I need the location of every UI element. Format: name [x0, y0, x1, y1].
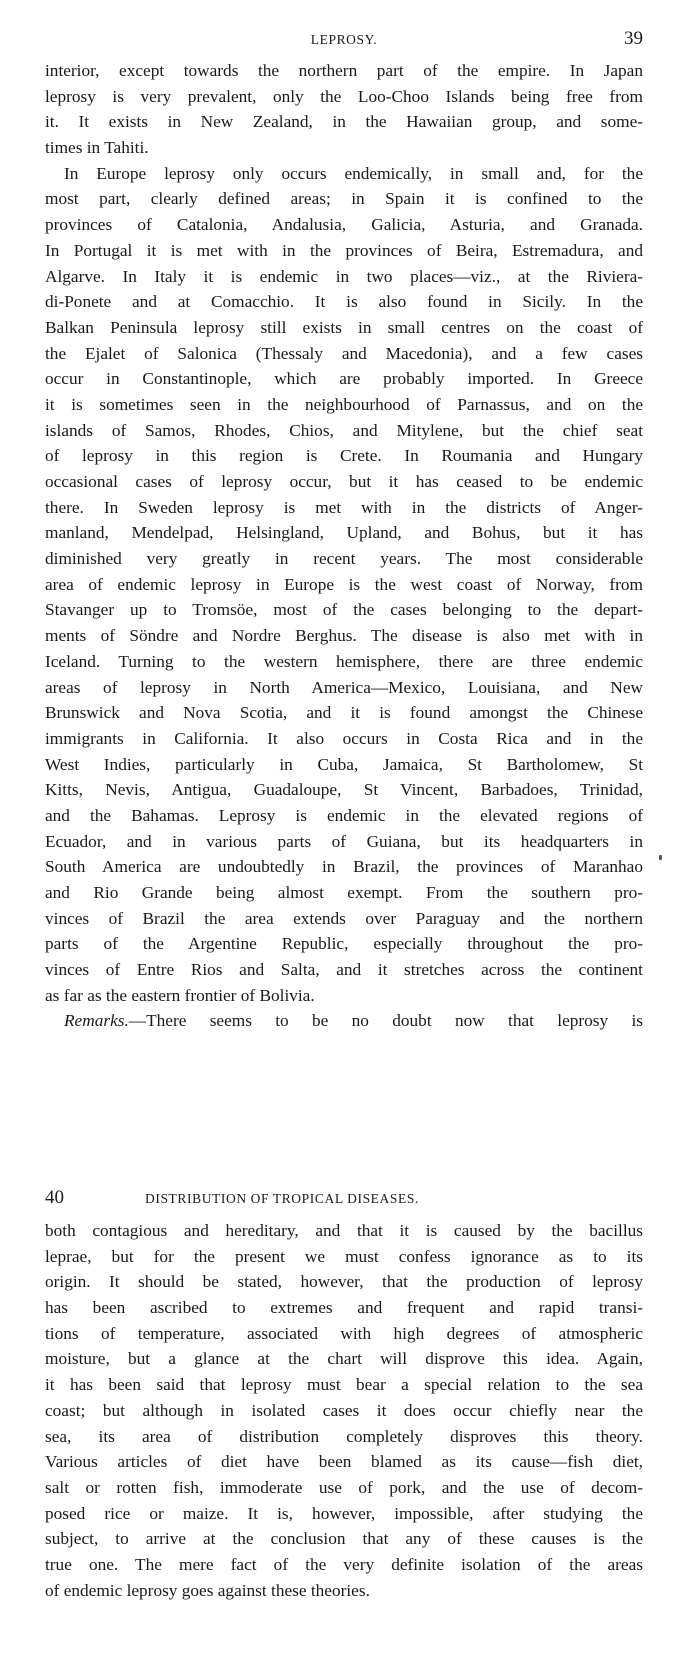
text-line: islands of Samos, Rhodes, Chios, and Mit… — [45, 418, 643, 444]
text-line: leprae, but for the present we must conf… — [45, 1244, 643, 1270]
text-line: sea, its area of distribution completely… — [45, 1424, 643, 1450]
text-line: manland, Mendelpad, Helsingland, Upland,… — [45, 520, 643, 546]
text-line: of endemic leprosy goes against these th… — [45, 1578, 643, 1604]
text-line: coast; but although in isolated cases it… — [45, 1398, 643, 1424]
text-line: and the Bahamas. Leprosy is endemic in t… — [45, 803, 643, 829]
text-line: occasional cases of leprosy occur, but i… — [45, 469, 643, 495]
text-line: tions of temperature, associated with hi… — [45, 1321, 643, 1347]
running-head-title: DISTRIBUTION OF TROPICAL DISEASES. — [45, 1191, 419, 1207]
text-line: ments of Söndre and Nordre Berghus. The … — [45, 623, 643, 649]
text-line: In Portugal it is met with in the provin… — [45, 238, 643, 264]
text-line: of leprosy in this region is Crete. In R… — [45, 443, 643, 469]
text-line: provinces of Catalonia, Andalusia, Galic… — [45, 212, 643, 238]
text-line: vinces of Entre Rios and Salta, and it s… — [45, 957, 643, 983]
remarks-line: Remarks.—There seems to be no doubt now … — [45, 1008, 643, 1034]
text-line: Kitts, Nevis, Antigua, Guadaloupe, St Vi… — [45, 777, 643, 803]
text-line: vinces of Brazil the area extends over P… — [45, 906, 643, 932]
text-line: Iceland. Turning to the western hemisphe… — [45, 649, 643, 675]
text-line: immigrants in California. It also occurs… — [45, 726, 643, 752]
page-number: 39 — [624, 28, 643, 50]
text-line: West Indies, particularly in Cuba, Jamai… — [45, 752, 643, 778]
text-line: as far as the eastern frontier of Bolivi… — [45, 983, 643, 1009]
text-line: moisture, but a glance at the chart will… — [45, 1346, 643, 1372]
text-line: Various articles of diet have been blame… — [45, 1449, 643, 1475]
text-line: Algarve. In Italy it is endemic in two p… — [45, 264, 643, 290]
scan-speck — [659, 855, 662, 860]
text-line: it has been said that leprosy must bear … — [45, 1372, 643, 1398]
text-line: salt or rotten fish, immoderate use of p… — [45, 1475, 643, 1501]
text-line: the Ejalet of Salonica (Thessaly and Mac… — [45, 341, 643, 367]
text-line: origin. It should be stated, however, th… — [45, 1269, 643, 1295]
text-line: occur in Constantinople, which are proba… — [45, 366, 643, 392]
text-line: area of endemic leprosy in Europe is the… — [45, 572, 643, 598]
remarks-label: Remarks. — [64, 1011, 129, 1030]
running-head-title: LEPROSY. — [45, 32, 643, 48]
text-line: has been ascribed to extremes and freque… — [45, 1295, 643, 1321]
text-line: it is sometimes seen in the neighbourhoo… — [45, 392, 643, 418]
text-line: Ecuador, and in various parts of Guiana,… — [45, 829, 643, 855]
text-line: leprosy is very prevalent, only the Loo-… — [45, 84, 643, 110]
page-39-body: interior, except towards the northern pa… — [45, 58, 643, 1034]
text-line: times in Tahiti. — [45, 135, 643, 161]
text-line: Brunswick and Nova Scotia, and it is fou… — [45, 700, 643, 726]
text-line: it. It exists in New Zealand, in the Haw… — [45, 109, 643, 135]
text-line: there. In Sweden leprosy is met with in … — [45, 495, 643, 521]
text-line: true one. The mere fact of the very defi… — [45, 1552, 643, 1578]
text-line: Balkan Peninsula leprosy still exists in… — [45, 315, 643, 341]
text-line: areas of leprosy in North America—Mexico… — [45, 675, 643, 701]
text-line: interior, except towards the northern pa… — [45, 58, 643, 84]
page-40-body: both contagious and hereditary, and that… — [45, 1218, 643, 1603]
text-line: and Rio Grande being almost exempt. From… — [45, 880, 643, 906]
text-line: diminished very greatly in recent years.… — [45, 546, 643, 572]
remarks-text: —There seems to be no doubt now that lep… — [129, 1011, 643, 1030]
text-line: parts of the Argentine Republic, especia… — [45, 931, 643, 957]
text-line: subject, to arrive at the conclusion tha… — [45, 1526, 643, 1552]
text-line: di-Ponete and at Comacchio. It is also f… — [45, 289, 643, 315]
text-line: most part, clearly defined areas; in Spa… — [45, 186, 643, 212]
text-line: South America are undoubtedly in Brazil,… — [45, 854, 643, 880]
paragraph-start-line: In Europe leprosy only occurs endemicall… — [45, 161, 643, 187]
text-line: posed rice or maize. It is, however, imp… — [45, 1501, 643, 1527]
text-line: both contagious and hereditary, and that… — [45, 1218, 643, 1244]
running-head-page-39: LEPROSY. 39 — [45, 28, 643, 50]
running-head-page-40: 40 DISTRIBUTION OF TROPICAL DISEASES. — [45, 1187, 643, 1209]
text-line: Stavanger up to Tromsöe, most of the cas… — [45, 597, 643, 623]
